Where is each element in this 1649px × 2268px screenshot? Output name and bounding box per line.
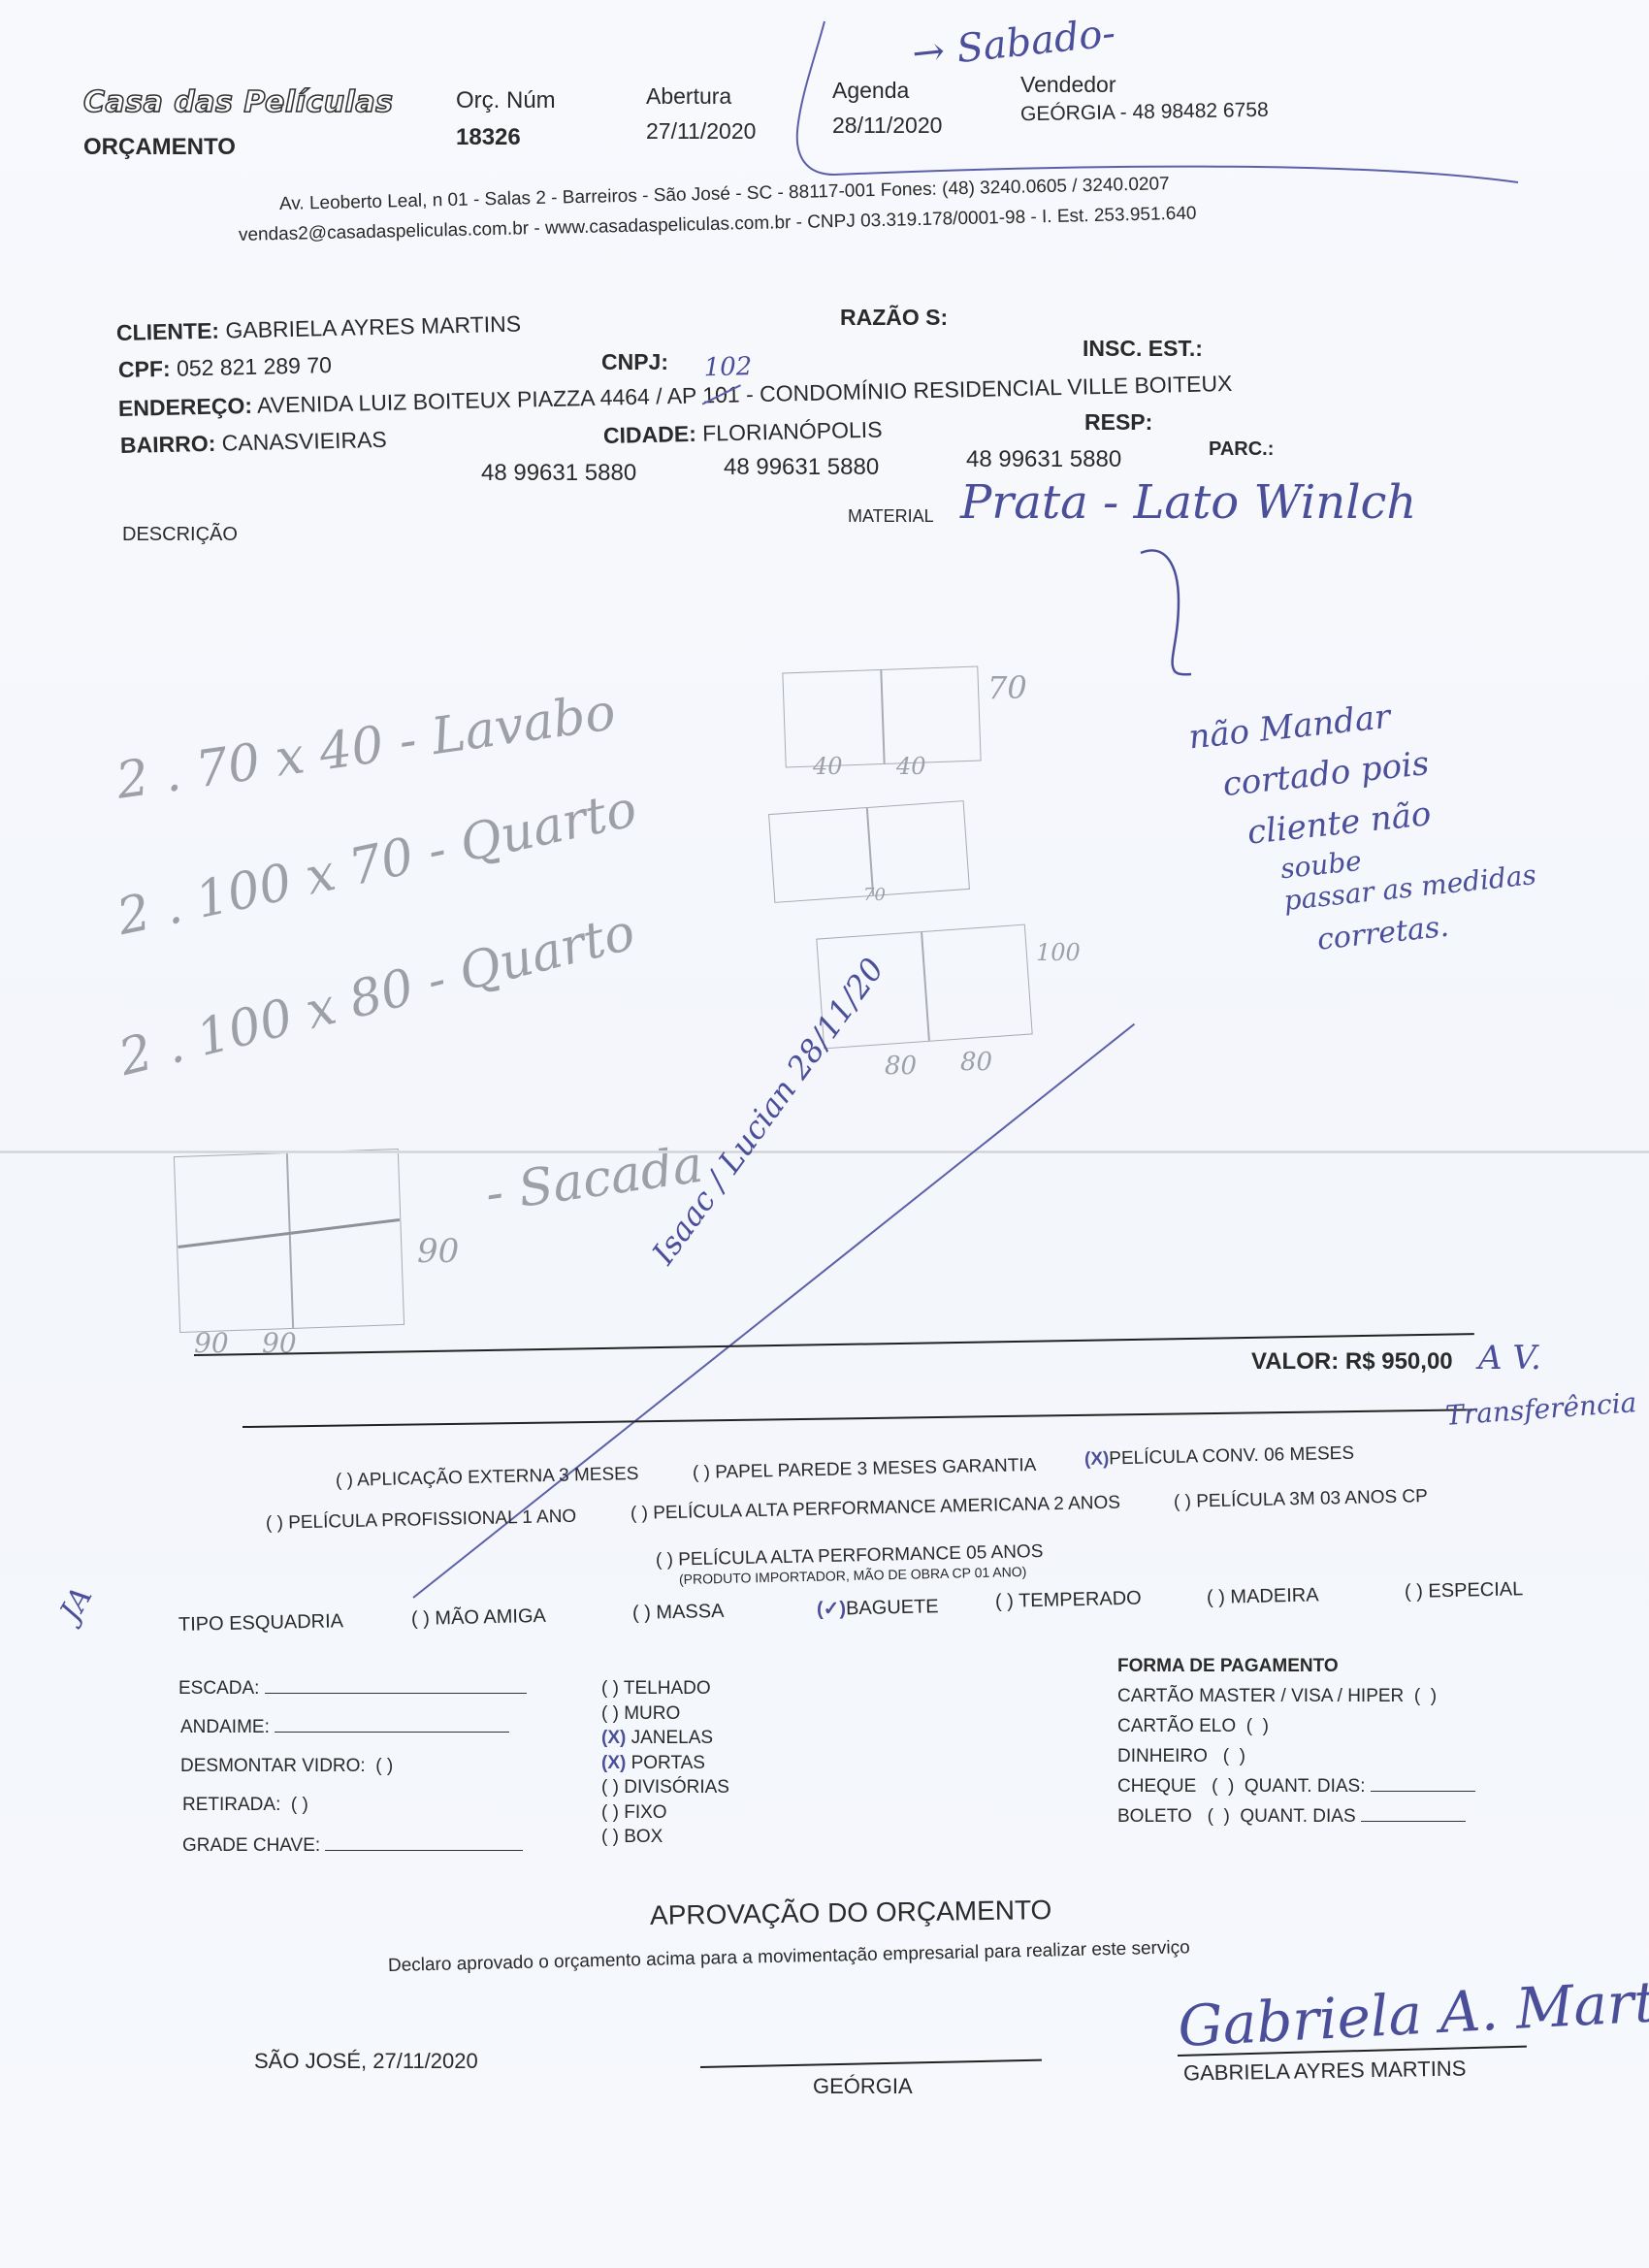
checkmark-icon: (✓) <box>817 1598 847 1620</box>
approval-declaration: Declaro aprovado o orçamento acima para … <box>388 1937 1190 1977</box>
orc-num: 18326 <box>456 124 521 151</box>
cpf-value: 052 821 289 70 <box>177 352 332 381</box>
esquadria-temperado[interactable]: ( ) TEMPERADO <box>995 1588 1142 1613</box>
esquadria-massa[interactable]: ( ) MASSA <box>632 1601 725 1625</box>
resp-label: RESP: <box>1084 409 1152 436</box>
bairro-row: BAIRRO: CANASVIEIRAS <box>120 427 387 459</box>
descricao-label: DESCRIÇÃO <box>122 524 238 546</box>
esquadria-mao-amiga[interactable]: ( ) MÃO AMIGA <box>411 1605 546 1631</box>
quote-document: Casa das Películas ORÇAMENTO Orç. Núm 18… <box>0 0 1649 2268</box>
cidade-value: FLORIANÓPOLIS <box>702 416 883 445</box>
valor-row: VALOR: R$ 950,00 <box>1251 1348 1453 1376</box>
service-pelicula-conv[interactable]: (X)PELÍCULA CONV. 06 MESES <box>1084 1443 1355 1471</box>
valor-note-transfer: Transferência <box>1444 1386 1637 1432</box>
handwritten-brace-icon <box>1135 543 1193 689</box>
orc-num-label: Orç. Núm <box>456 87 556 114</box>
side-note: não Mandar cortado pois cliente não soub… <box>1186 670 1619 977</box>
payment-cheque[interactable]: CHEQUE ( ) QUANT. DIAS: <box>1117 1771 1475 1801</box>
esquadria-baguete[interactable]: (✓)BAGUETE <box>817 1594 939 1621</box>
service-papel-parede[interactable]: ( ) PAPEL PAREDE 3 MESES GARANTIA <box>693 1455 1037 1484</box>
abertura-label: Abertura <box>646 83 731 110</box>
insc-est-label: INSC. EST.: <box>1083 336 1203 362</box>
sketch-sacada-height: 90 <box>417 1232 459 1271</box>
material-value: Prata - Lato Winlch <box>960 475 1416 530</box>
client-name: GABRIELA AYRES MARTINS <box>1183 2056 1467 2086</box>
document-type: ORÇAMENTO <box>83 134 236 161</box>
sketch-quarto-2-height: 100 <box>1036 939 1081 966</box>
paper-fold <box>0 1150 1649 1153</box>
service-pelicula-americana[interactable]: ( ) PELÍCULA ALTA PERFORMANCE AMERICANA … <box>630 1493 1120 1525</box>
local-janelas[interactable]: (X) JANELAS <box>601 1726 729 1751</box>
divider-line-2 <box>242 1409 1474 1428</box>
service-pelicula-profissional[interactable]: ( ) PELÍCULA PROFISSIONAL 1 ANO <box>266 1507 577 1535</box>
checked-x-icon: (X) <box>1084 1448 1110 1470</box>
locais-list: ( ) TELHADO ( ) MURO (X) JANELAS (X) POR… <box>601 1676 729 1850</box>
checked-x-icon: (X) <box>601 1753 626 1773</box>
sketch-lavabo-w2: 40 <box>896 753 926 780</box>
phone-3: 48 99631 5880 <box>966 446 1121 473</box>
brand-logo: Casa das Películas <box>83 85 393 119</box>
cnpj-label: CNPJ: <box>601 349 668 375</box>
cidade-row: CIDADE: FLORIANÓPOLIS <box>603 416 883 449</box>
payment-cartao-elo[interactable]: CARTÃO ELO ( ) <box>1117 1711 1475 1741</box>
cancel-note: Isaac / Lucian 28/11/20 <box>645 952 891 1272</box>
parc-label: PARC.: <box>1209 438 1274 461</box>
grade-chave-field[interactable]: GRADE CHAVE: <box>182 1835 523 1857</box>
local-divisorias[interactable]: ( ) DIVISÓRIAS <box>601 1775 729 1800</box>
payment-dinheiro[interactable]: DINHEIRO ( ) <box>1117 1741 1475 1771</box>
payment-cartao-master[interactable]: CARTÃO MASTER / VISA / HIPER ( ) <box>1117 1681 1475 1711</box>
material-label: MATERIAL <box>848 506 934 527</box>
sketch-lavabo-w1: 40 <box>813 753 843 780</box>
escada-field[interactable]: ESCADA: <box>178 1678 527 1700</box>
phone-2: 48 99631 5880 <box>724 454 879 481</box>
seller-name: GEÓRGIA <box>813 2074 913 2099</box>
local-portas[interactable]: (X) PORTAS <box>601 1751 729 1776</box>
abertura-date: 27/11/2020 <box>646 118 756 145</box>
esquadria-madeira[interactable]: ( ) MADEIRA <box>1207 1584 1319 1609</box>
desmontar-vidro-field[interactable]: DESMONTAR VIDRO: ( ) <box>180 1756 393 1777</box>
phone-1: 48 99631 5880 <box>481 460 636 487</box>
payment-title: FORMA DE PAGAMENTO <box>1117 1651 1475 1681</box>
valor-amount: R$ 950,00 <box>1345 1348 1453 1375</box>
approval-title: APROVAÇÃO DO ORÇAMENTO <box>650 1895 1052 1931</box>
seller-signature-line <box>700 2059 1042 2068</box>
sketch-lavabo-height: 70 <box>987 669 1027 706</box>
valor-note-av: A V. <box>1478 1339 1541 1377</box>
razao-label: RAZÃO S: <box>840 305 948 331</box>
sketch-sacada <box>174 1149 404 1333</box>
esquadria-especial[interactable]: ( ) ESPECIAL <box>1405 1578 1524 1604</box>
bairro-value: CANASVIEIRAS <box>221 427 387 456</box>
sketch-quarto-2-w2: 80 <box>960 1048 992 1077</box>
sketch-quarto-1-dim: 70 <box>863 885 886 905</box>
cliente-name: GABRIELA AYRES MARTINS <box>225 311 521 343</box>
checked-x-icon: (X) <box>601 1728 626 1748</box>
local-fixo[interactable]: ( ) FIXO <box>601 1800 729 1826</box>
client-signature: Gabriela A. Martins <box>1177 1964 1649 2059</box>
payment-boleto[interactable]: BOLETO ( ) QUANT. DIAS <box>1117 1801 1475 1831</box>
local-telhado[interactable]: ( ) TELHADO <box>601 1676 729 1701</box>
service-aplicacao-externa[interactable]: ( ) APLICAÇÃO EXTERNA 3 MESES <box>336 1464 639 1492</box>
service-pelicula-3m[interactable]: ( ) PELÍCULA 3M 03 ANOS CP <box>1174 1486 1428 1513</box>
margin-initials: JA <box>53 1581 99 1627</box>
handwritten-bracket-icon <box>776 19 1533 194</box>
item-lavabo: 2 . 70 x 40 - Lavabo <box>113 683 619 811</box>
andaime-field[interactable]: ANDAIME: <box>180 1717 509 1738</box>
place-date: SÃO JOSÉ, 27/11/2020 <box>254 2049 478 2074</box>
sketch-quarto-2-w1: 80 <box>885 1052 917 1081</box>
esquadria-label: TIPO ESQUADRIA <box>178 1610 344 1636</box>
ap-number-struck: 101102 <box>702 381 740 407</box>
retirada-field[interactable]: RETIRADA: ( ) <box>182 1795 308 1816</box>
cliente-row: CLIENTE: GABRIELA AYRES MARTINS <box>116 311 522 346</box>
local-box[interactable]: ( ) BOX <box>601 1825 729 1850</box>
local-muro[interactable]: ( ) MURO <box>601 1701 729 1727</box>
cpf-row: CPF: 052 821 289 70 <box>118 352 333 383</box>
ap-number-corrected: 102 <box>703 352 752 382</box>
payment-block: FORMA DE PAGAMENTO CARTÃO MASTER / VISA … <box>1117 1651 1475 1831</box>
